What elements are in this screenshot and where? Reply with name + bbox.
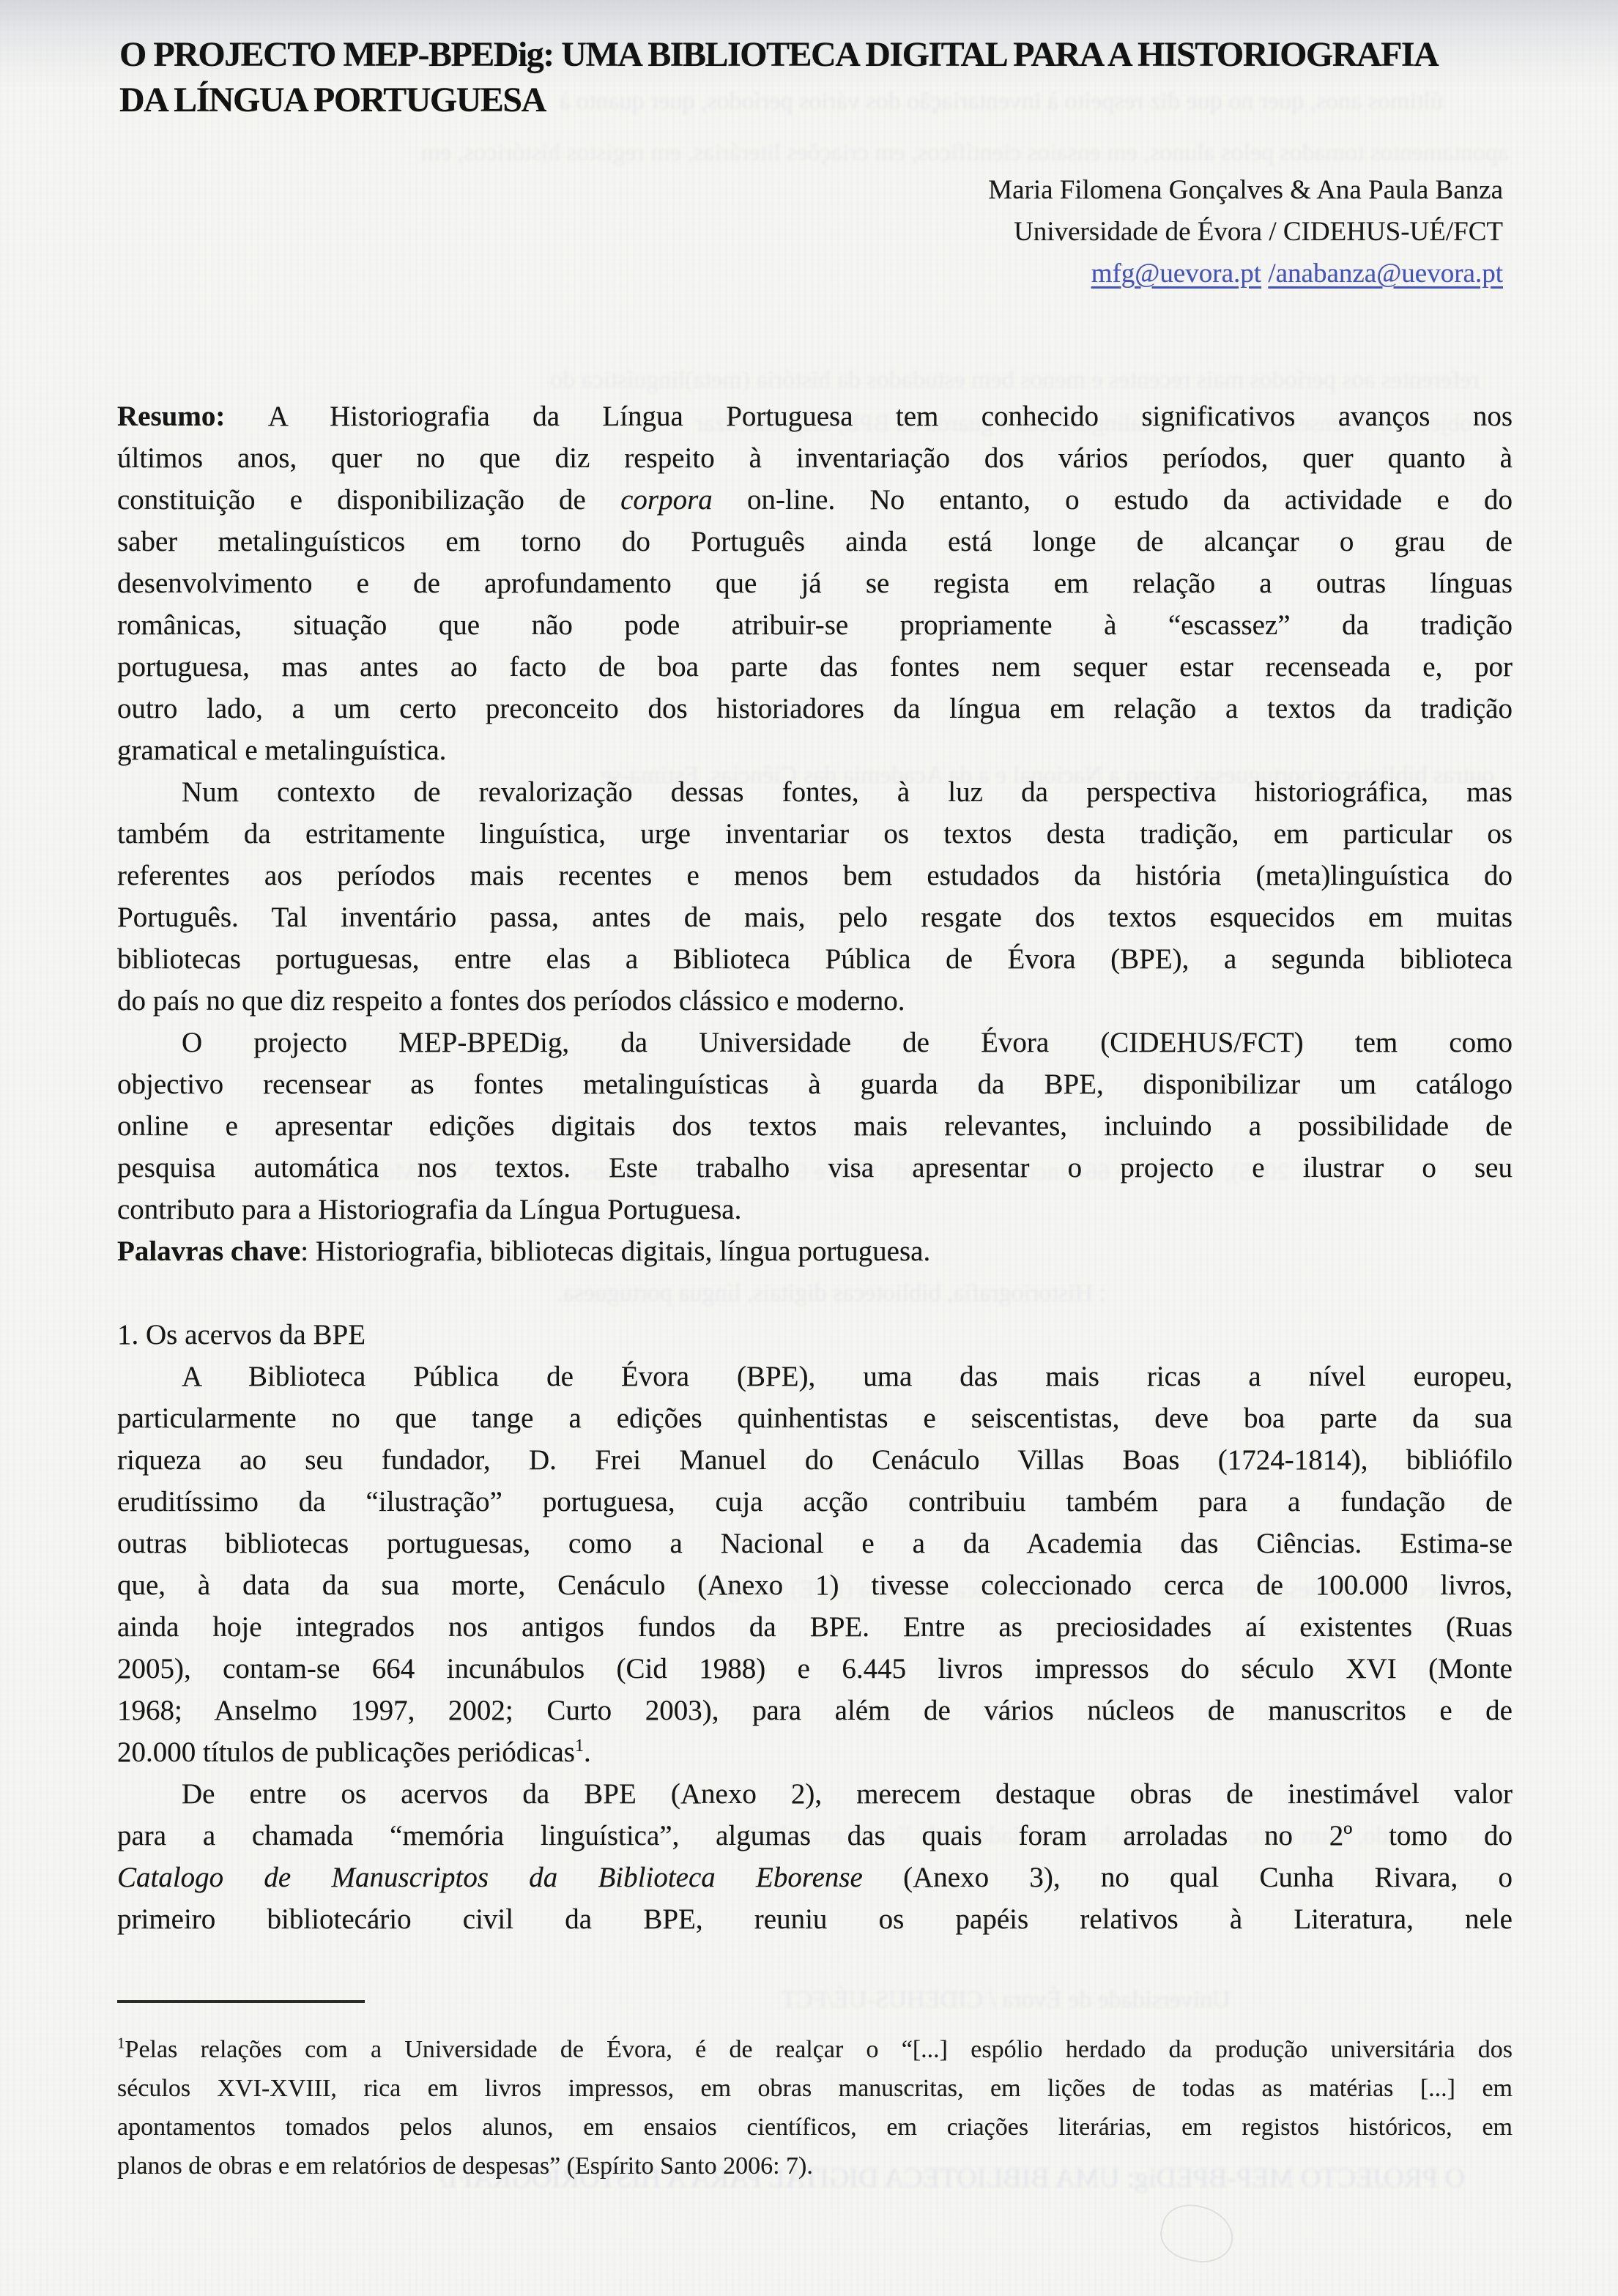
text-segment: Português. Tal inventário passa, antes d… bbox=[117, 902, 1513, 933]
text-segment: Num contexto de revalorização dessas fon… bbox=[182, 776, 1513, 808]
text-line: gramatical e metalinguística. bbox=[117, 729, 1513, 771]
text-segment: apontamentos tomados pelos alunos, em en… bbox=[117, 2114, 1513, 2141]
text-segment: De entre os acervos da BPE (Anexo 2), me… bbox=[182, 1778, 1513, 1810]
text-segment: gramatical e metalinguística. bbox=[117, 735, 446, 766]
text-segment: on-line. No entanto, o estudo da activid… bbox=[713, 484, 1513, 516]
text-line: últimos anos, quer no que diz respeito à… bbox=[117, 437, 1513, 479]
text-segment: 1 bbox=[117, 2035, 125, 2052]
text-segment: Catalogo de Manuscriptos da Biblioteca E… bbox=[117, 1862, 863, 1893]
section-heading: 1. Os acervos da BPE bbox=[117, 1314, 1513, 1356]
text-line: referentes aos períodos mais recentes e … bbox=[117, 855, 1513, 896]
blank-line bbox=[117, 1272, 1513, 1314]
text-segment: outro lado, a um certo preconceito dos h… bbox=[117, 693, 1513, 724]
text-segment: séculos XVI-XVIII, rica em livros impres… bbox=[117, 2075, 1513, 2102]
text-line: Resumo: A Historiografia da Língua Portu… bbox=[117, 395, 1513, 437]
text-segment: bibliotecas portuguesas, entre elas a Bi… bbox=[117, 943, 1513, 975]
text-segment: A Biblioteca Pública de Évora (BPE), uma… bbox=[182, 1361, 1513, 1392]
text-line: do país no que diz respeito a fontes dos… bbox=[117, 980, 1513, 1022]
text-segment: planos de obras e em relatórios de despe… bbox=[117, 2152, 813, 2180]
text-segment: O projecto MEP-BPEDig, da Universidade d… bbox=[182, 1027, 1513, 1058]
email-link-mfg[interactable]: mfg@uevora.pt bbox=[1091, 259, 1261, 289]
text-segment: particularmente no que tange a edições q… bbox=[117, 1403, 1513, 1434]
text-segment: outras bibliotecas portuguesas, como a N… bbox=[117, 1528, 1513, 1559]
text-segment: 1968; Anselmo 1997, 2002; Curto 2003), p… bbox=[117, 1695, 1513, 1726]
author-affiliation: Universidade de Évora / CIDEHUS-UÉ/FCT bbox=[478, 211, 1503, 253]
text-line: planos de obras e em relatórios de despe… bbox=[117, 2147, 1513, 2185]
text-line: riqueza ao seu fundador, D. Frei Manuel … bbox=[117, 1439, 1513, 1481]
text-segment: pesquisa automática nos textos. Este tra… bbox=[117, 1152, 1513, 1184]
text-segment: 2005), contam-se 664 incunábulos (Cid 19… bbox=[117, 1653, 1513, 1684]
text-line: outro lado, a um certo preconceito dos h… bbox=[117, 688, 1513, 729]
text-segment: contributo para a Historiografia da Líng… bbox=[117, 1194, 741, 1225]
text-line: constituição e disponibilização de corpo… bbox=[117, 479, 1513, 521]
text-line: Num contexto de revalorização dessas fon… bbox=[117, 771, 1513, 813]
text-segment: referentes aos períodos mais recentes e … bbox=[117, 860, 1513, 891]
text-segment: constituição e disponibilização de bbox=[117, 484, 620, 516]
text-segment: portuguesa, mas antes ao facto de boa pa… bbox=[117, 651, 1513, 683]
text-line: outras bibliotecas portuguesas, como a N… bbox=[117, 1523, 1513, 1564]
text-line: 20.000 títulos de publicações periódicas… bbox=[117, 1731, 1513, 1773]
text-line: O projecto MEP-BPEDig, da Universidade d… bbox=[117, 1022, 1513, 1063]
footnote: 1Pelas relações com a Universidade de Év… bbox=[117, 2030, 1513, 2185]
text-line: saber metalinguísticos em torno do Portu… bbox=[117, 521, 1513, 562]
author-emails: mfg@uevora.pt /anabanza@uevora.pt bbox=[478, 253, 1503, 294]
text-line: ainda hoje integrados nos antigos fundos… bbox=[117, 1606, 1513, 1648]
text-line: portuguesa, mas antes ao facto de boa pa… bbox=[117, 646, 1513, 688]
text-segment: Palavras chave bbox=[117, 1236, 300, 1267]
text-line: séculos XVI-XVIII, rica em livros impres… bbox=[117, 2069, 1513, 2108]
text-line: pesquisa automática nos textos. Este tra… bbox=[117, 1147, 1513, 1189]
text-segment: primeiro bibliotecário civil da BPE, reu… bbox=[117, 1903, 1513, 1935]
text-line: também da estritamente linguística, urge… bbox=[117, 813, 1513, 855]
text-segment: online e apresentar edições digitais dos… bbox=[117, 1110, 1513, 1142]
text-segment: ainda hoje integrados nos antigos fundos… bbox=[117, 1611, 1513, 1643]
text-line: A Biblioteca Pública de Évora (BPE), uma… bbox=[117, 1356, 1513, 1397]
text-line: particularmente no que tange a edições q… bbox=[117, 1397, 1513, 1439]
text-segment: (Anexo 3), no qual Cunha Rivara, o bbox=[863, 1862, 1513, 1893]
text-segment: românicas, situação que não pode atribui… bbox=[117, 609, 1513, 641]
text-segment: A Historiografia da Língua Portuguesa te… bbox=[225, 401, 1513, 432]
article-body: Resumo: A Historiografia da Língua Portu… bbox=[117, 395, 1513, 1940]
text-line: De entre os acervos da BPE (Anexo 2), me… bbox=[117, 1773, 1513, 1815]
title-line-1: O PROJECTO MEP-BPEDig: UMA BIBLIOTECA DI… bbox=[119, 32, 1518, 78]
text-segment: objectivo recensear as fontes metalinguí… bbox=[117, 1069, 1513, 1100]
text-line: Catalogo de Manuscriptos da Biblioteca E… bbox=[117, 1857, 1513, 1898]
text-line: que, à data da sua morte, Cenáculo (Anex… bbox=[117, 1564, 1513, 1606]
text-segment: Pelas relações com a Universidade de Évo… bbox=[125, 2036, 1513, 2063]
text-segment: eruditíssimo da “ilustração” portuguesa,… bbox=[117, 1486, 1513, 1517]
text-line: para a chamada “memória linguística”, al… bbox=[117, 1815, 1513, 1857]
text-segment: 20.000 títulos de publicações periódicas bbox=[117, 1736, 575, 1768]
text-segment: desenvolvimento e de aprofundamento que … bbox=[117, 568, 1513, 599]
text-line: primeiro bibliotecário civil da BPE, reu… bbox=[117, 1898, 1513, 1940]
text-line: bibliotecas portuguesas, entre elas a Bi… bbox=[117, 938, 1513, 980]
paper-title: O PROJECTO MEP-BPEDig: UMA BIBLIOTECA DI… bbox=[119, 32, 1518, 123]
text-segment: para a chamada “memória linguística”, al… bbox=[117, 1820, 1513, 1851]
text-segment: . bbox=[584, 1736, 591, 1768]
text-line: 1968; Anselmo 1997, 2002; Curto 2003), p… bbox=[117, 1690, 1513, 1731]
text-line: desenvolvimento e de aprofundamento que … bbox=[117, 562, 1513, 604]
text-segment: : Historiografia, bibliotecas digitais, … bbox=[300, 1236, 930, 1267]
bleedthrough-artifact: Universidade de Évora / CIDEHUS-UÉ/FCT bbox=[645, 1986, 1231, 2021]
text-line: 2005), contam-se 664 incunábulos (Cid 19… bbox=[117, 1648, 1513, 1690]
text-segment: últimos anos, quer no que diz respeito à… bbox=[117, 442, 1513, 474]
text-line: objectivo recensear as fontes metalinguí… bbox=[117, 1063, 1513, 1105]
text-segment: corpora bbox=[620, 484, 713, 516]
scanned-paper-page: { "title": { "lines": [ "O PROJECTO MEP-… bbox=[0, 0, 1618, 2296]
text-line: românicas, situação que não pode atribui… bbox=[117, 604, 1513, 646]
text-segment: saber metalinguísticos em torno do Portu… bbox=[117, 526, 1513, 557]
text-segment: do país no que diz respeito a fontes dos… bbox=[117, 985, 905, 1017]
footnote-separator bbox=[117, 2000, 365, 2003]
text-line: 1Pelas relações com a Universidade de Év… bbox=[117, 2030, 1513, 2069]
text-segment: que, à data da sua morte, Cenáculo (Anex… bbox=[117, 1569, 1513, 1601]
text-line: apontamentos tomados pelos alunos, em en… bbox=[117, 2108, 1513, 2147]
title-line-2: DA LÍNGUA PORTUGUESA bbox=[119, 78, 1518, 123]
pencil-smudge-artifact bbox=[1155, 2198, 1239, 2270]
text-line: online e apresentar edições digitais dos… bbox=[117, 1105, 1513, 1147]
author-names: Maria Filomena Gonçalves & Ana Paula Ban… bbox=[478, 169, 1503, 211]
authors-block: Maria Filomena Gonçalves & Ana Paula Ban… bbox=[478, 169, 1503, 294]
text-line: eruditíssimo da “ilustração” portuguesa,… bbox=[117, 1481, 1513, 1523]
text-line: Português. Tal inventário passa, antes d… bbox=[117, 896, 1513, 938]
text-segment: também da estritamente linguística, urge… bbox=[117, 818, 1513, 850]
text-segment: riqueza ao seu fundador, D. Frei Manuel … bbox=[117, 1444, 1513, 1476]
text-segment: 1 bbox=[575, 1736, 584, 1756]
text-segment: Resumo: bbox=[117, 401, 225, 432]
text-line: Palavras chave: Historiografia, bibliote… bbox=[117, 1230, 1513, 1272]
text-line: contributo para a Historiografia da Líng… bbox=[117, 1189, 1513, 1230]
email-link-anabanza[interactable]: /anabanza@uevora.pt bbox=[1268, 259, 1503, 289]
